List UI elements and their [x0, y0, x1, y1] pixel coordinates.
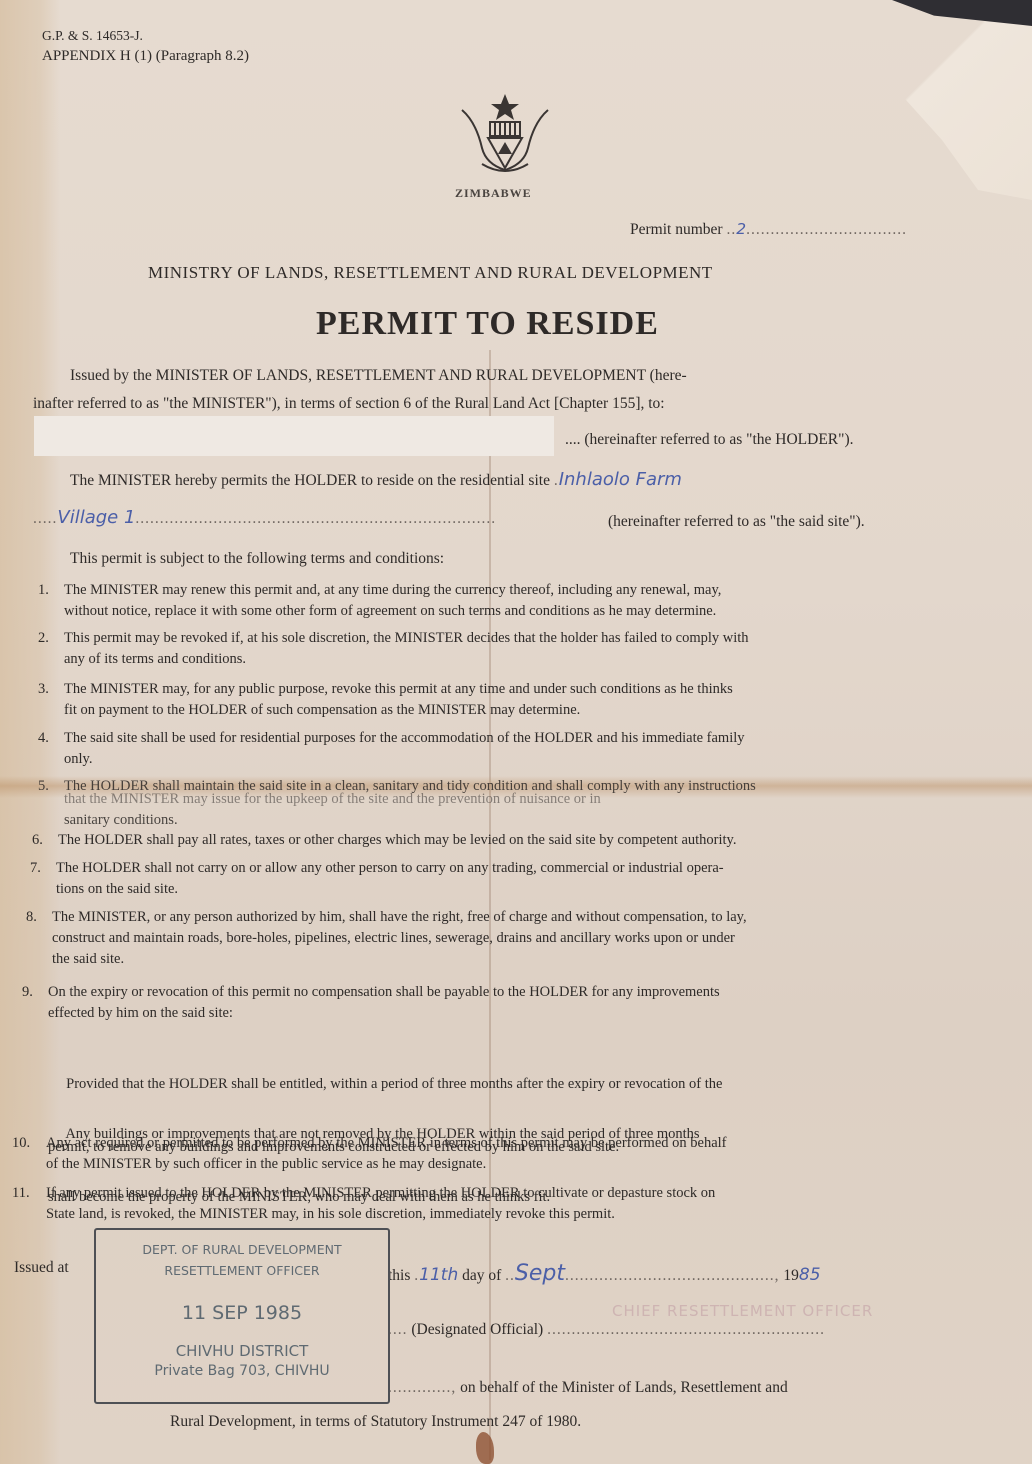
statutory-line: Rural Development, in terms of Statutory… — [170, 1412, 581, 1431]
date-line: this .11th day of ..Sept................… — [388, 1264, 821, 1285]
stamp-line-2: RESETTLEMENT OFFICER — [96, 1263, 388, 1278]
redacted-holder-name — [34, 416, 554, 456]
form-reference: G.P. & S. 14653-J. — [42, 28, 143, 44]
site-suffix: (hereinafter referred to as "the said si… — [608, 512, 865, 531]
permit-number-value: 2 — [736, 220, 746, 238]
stamp-line-1: DEPT. OF RURAL DEVELOPMENT — [96, 1242, 388, 1257]
clause-10: 10. Any act required or permitted to be … — [46, 1133, 727, 1175]
page-title: PERMIT TO RESIDE — [316, 305, 659, 343]
clause-2: 2. This permit may be revoked if, at his… — [64, 628, 749, 670]
designated-official-line: .... (Designated Official) .............… — [388, 1320, 825, 1339]
stamp-date: 11 SEP 1985 — [96, 1302, 388, 1324]
permit-number-field: Permit number ..2.......................… — [630, 220, 907, 239]
issued-at-label: Issued at — [14, 1258, 69, 1277]
clause-9: 9. On the expiry or revocation of this p… — [48, 982, 720, 1024]
site-line: The MINISTER hereby permits the HOLDER t… — [70, 470, 682, 490]
on-behalf-line: ............., on behalf of the Minister… — [388, 1378, 788, 1397]
conditions-intro: This permit is subject to the following … — [70, 549, 444, 568]
clause-4: 4. The said site shall be used for resid… — [64, 728, 745, 770]
site-value-1: Inhlaolo Farm — [559, 469, 682, 490]
clause-7: 7. The HOLDER shall not carry on or allo… — [56, 858, 724, 900]
country-label: ZIMBABWE — [455, 186, 532, 201]
preamble-line-1: Issued by the MINISTER OF LANDS, RESETTL… — [70, 366, 687, 385]
permit-number-label: Permit number — [630, 221, 723, 238]
appendix-label: APPENDIX H (1) (Paragraph 8.2) — [42, 48, 249, 65]
clause-5: 5. The HOLDER shall maintain the said si… — [64, 776, 756, 831]
stamp-line-4: Private Bag 703, CHIVHU — [96, 1363, 388, 1379]
zimbabwe-coat-of-arms-icon — [452, 92, 558, 178]
clause-1: 1. The MINISTER may renew this permit an… — [64, 580, 721, 622]
site-line-2: .....Village 1..........................… — [33, 508, 496, 528]
faint-official-stamp: CHIEF RESETTLEMENT OFFICER — [612, 1302, 873, 1320]
year-value: 85 — [799, 1265, 821, 1285]
holder-suffix: .... (hereinafter referred to as "the HO… — [565, 430, 854, 449]
day-value: 11th — [419, 1265, 458, 1285]
clause-3: 3. The MINISTER may, for any public purp… — [64, 679, 733, 721]
stamp-line-3: CHIVHU DISTRICT — [96, 1342, 388, 1360]
clause-6: 6. The HOLDER shall pay all rates, taxes… — [58, 830, 736, 851]
ministry-heading: MINISTRY OF LANDS, RESETTLEMENT AND RURA… — [148, 263, 713, 283]
site-value-2: Village 1 — [57, 507, 135, 528]
preamble-line-2: inafter referred to as "the MINISTER"), … — [33, 394, 665, 413]
clause-11: 11. If any permit issued to the HOLDER b… — [46, 1183, 715, 1225]
rubber-stamp: DEPT. OF RURAL DEVELOPMENT RESETTLEMENT … — [94, 1228, 390, 1404]
month-value: Sept — [515, 1261, 565, 1286]
clause-8: 8. The MINISTER, or any person authorize… — [52, 907, 747, 970]
